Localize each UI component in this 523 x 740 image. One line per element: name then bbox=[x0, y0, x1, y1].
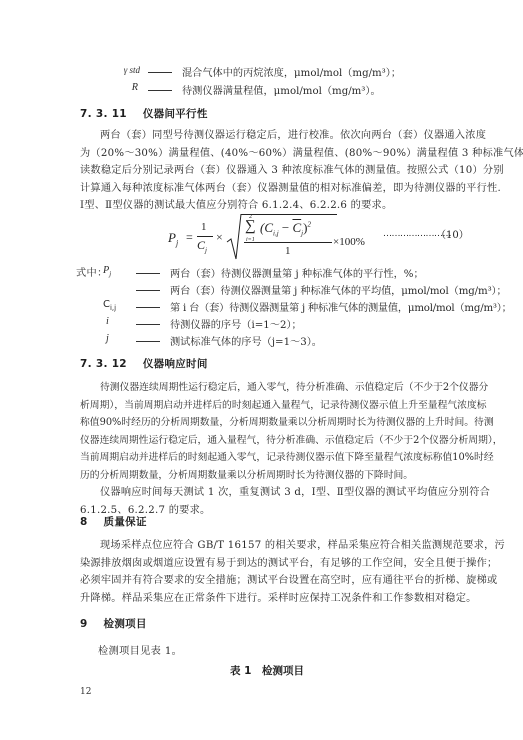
paragraph-line: 两台（套）同型号待测仪器运行稳定后，进行校准。依次向两台（套）仪器通入浓度 bbox=[80, 127, 460, 145]
section-number: 9 bbox=[80, 618, 88, 630]
section-title: 仪器响应时间 bbox=[143, 358, 208, 370]
variable-definition: 待测仪器的序号（i=1～2）； bbox=[170, 316, 302, 331]
definition-text: 混合气体中的丙烷浓度，μmol/mol（mg/m³）； bbox=[182, 64, 401, 79]
equals-sign: = bbox=[186, 230, 193, 245]
definition-gamma-std: γ std 混合气体中的丙烷浓度，μmol/mol（mg/m³）； bbox=[0, 64, 523, 80]
sum-term: (Ci,j − Cj)2 bbox=[260, 220, 311, 238]
formula-lhs: Pj bbox=[168, 230, 178, 248]
paragraph-line: 称值90%时经历的分析周期数量，分析周期数量乘以分析周期时长为待测仪器的上升时间… bbox=[80, 414, 460, 432]
paragraph-line: 必须牢固并有符合要求的安全措施；测试平台设置在高空时，应有通往平台的折梯、旋梯或 bbox=[80, 572, 460, 590]
variable-symbol: Pj bbox=[103, 265, 127, 278]
paragraph-line: 计算通入每种浓度标准气体两台（套）仪器测量值的相对标准偏差，即为待测仪器的平行性… bbox=[80, 180, 460, 198]
section-heading-9: 9 检测项目 bbox=[80, 616, 147, 631]
em-dash bbox=[136, 307, 160, 308]
page-number: 12 bbox=[80, 687, 91, 697]
table-caption: 表 1 检测项目 bbox=[230, 663, 304, 678]
section-number: 8 bbox=[80, 516, 88, 528]
em-dash bbox=[148, 72, 172, 73]
equation-number: （10） bbox=[436, 226, 469, 241]
section-title: 检测项目 bbox=[104, 618, 147, 630]
fraction-bar bbox=[197, 236, 213, 237]
paragraph-line: 读数稳定后分别记录两台（套）仪器通入 3 种浓度标准气体的测量值。按照公式（10… bbox=[80, 162, 460, 180]
paragraph-line: 当前周期启动并进样后的时刻起通入零气，记录待测仪器示值下降至量程气浓度标称值10… bbox=[80, 449, 460, 467]
variable-definition: 测试标准气体的序号（j=1～3）。 bbox=[170, 333, 322, 348]
sqrt-overline bbox=[241, 214, 337, 215]
em-dash bbox=[136, 324, 160, 325]
variable-symbol: Ci,j bbox=[103, 299, 127, 312]
variable-pj: Pj 两台（套）待测仪器测量第 j 种标准气体的平行性，%； bbox=[0, 265, 523, 281]
section-heading-7-3-11: 7. 3. 11 仪器间平行性 bbox=[80, 106, 208, 121]
document-page: γ std 混合气体中的丙烷浓度，μmol/mol（mg/m³）； R 待测仪器… bbox=[0, 0, 523, 740]
sqrt-denominator: 1 bbox=[285, 245, 291, 257]
paragraph-line: 待测仪器连续周期性运行稳定后，通入零气，待分析准确、示值稳定后（不少于2个仪器分 bbox=[80, 379, 460, 397]
em-dash bbox=[136, 273, 160, 274]
definition-r: R 待测仪器满量程值，μmol/mol（mg/m³）。 bbox=[0, 82, 523, 98]
variable-symbol: j bbox=[106, 333, 126, 344]
paragraph-line: 染源排放烟囱或烟道应设置有易于到达的测试平台，有足够的工作空间，安全且便于操作； bbox=[80, 555, 460, 573]
section-number: 7. 3. 11 bbox=[80, 108, 127, 120]
paragraph-line: 仪器响应时间每天测试 1 次，重复测试 3 d，Ⅰ型、Ⅱ型仪器的测试平均值应分别… bbox=[80, 484, 460, 502]
main-fraction-bar bbox=[244, 242, 332, 243]
sqrt-icon bbox=[226, 212, 242, 262]
paragraph-line: 为（20%～30%）满量程值、(40%～60%）满量程值、(80%～90%）满量… bbox=[80, 145, 460, 163]
paragraph-8: 现场采样点位应符合 GB/T 16157 的相关要求，样品采集应符合相关监测规范… bbox=[80, 537, 460, 607]
section-number: 7. 3. 12 bbox=[80, 358, 127, 370]
section-title: 仪器间平行性 bbox=[143, 108, 208, 120]
section-heading-8: 8 质量保证 bbox=[80, 514, 147, 529]
variable-i: i 待测仪器的序号（i=1～2）； bbox=[0, 316, 523, 332]
times-sign: × bbox=[216, 230, 223, 245]
symbol-r: R bbox=[108, 82, 138, 93]
variable-cj-mean: 两台（套）待测仪器测量第 j 种标准气体的平均值，μmol/mol（mg/m³）… bbox=[0, 282, 523, 298]
paragraph-9: 检测项目见表 1。 bbox=[98, 643, 182, 661]
fraction-denominator: Cj bbox=[197, 238, 207, 254]
variable-definition: 两台（套）待测仪器测量第 j 种标准气体的平行性，%； bbox=[170, 265, 424, 280]
paragraph-line: 升降梯。样品采集应在正常条件下进行。采样时应保持工况条件和工作参数相对稳定。 bbox=[80, 590, 460, 608]
fraction-numerator: 1 bbox=[201, 221, 207, 233]
variable-symbol: i bbox=[106, 316, 126, 327]
paragraph-7-3-11: 两台（套）同型号待测仪器运行稳定后，进行校准。依次向两台（套）仪器通入浓度 为（… bbox=[80, 127, 460, 215]
paragraph-line: 现场采样点位应符合 GB/T 16157 的相关要求，样品采集应符合相关监测规范… bbox=[80, 537, 460, 555]
paragraph-7-3-12-a: 待测仪器连续周期性运行稳定后，通入零气，待分析准确、示值稳定后（不少于2个仪器分… bbox=[80, 379, 460, 485]
percent-factor: ×100% bbox=[333, 236, 365, 248]
variable-definition: 两台（套）待测仪器测量第 j 种标准气体的平均值，μmol/mol（mg/m³）… bbox=[170, 282, 507, 297]
paragraph-line: 仪器连续周期性运行稳定后，通入量程气，待分析准确、示值稳定后（不少于2个仪器分析… bbox=[80, 432, 460, 450]
em-dash bbox=[136, 341, 160, 342]
formula-10: Pj = 1 Cj × 2 ∑ i=1 (Ci,j − Cj)2 1 ×100%… bbox=[168, 212, 468, 264]
sum-symbol: ∑ bbox=[245, 218, 256, 235]
section-heading-7-3-12: 7. 3. 12 仪器响应时间 bbox=[80, 356, 208, 371]
variable-cij: Ci,j 第 i 台（套）待测仪器测量第 j 种标准气体的测量值，μmol/mo… bbox=[0, 299, 523, 315]
paragraph-line: 历的分析周期数量，分析周期数量乘以分析周期时长为待测仪器的下降时间。 bbox=[80, 467, 460, 485]
symbol-gamma-std: γ std bbox=[104, 65, 140, 75]
variable-definition: 第 i 台（套）待测仪器测量第 j 种标准气体的测量值，μmol/mol（mg/… bbox=[170, 299, 512, 314]
em-dash bbox=[148, 90, 172, 91]
variable-j: j 测试标准气体的序号（j=1～3）。 bbox=[0, 333, 523, 349]
section-title: 质量保证 bbox=[104, 516, 147, 528]
em-dash bbox=[136, 290, 160, 291]
paragraph-line: 析周期），当前周期启动并进样后的时刻起通入量程气，记录待测仪器示值上升至量程气浓… bbox=[80, 397, 460, 415]
definition-text: 待测仪器满量程值，μmol/mol（mg/m³）。 bbox=[182, 82, 381, 97]
